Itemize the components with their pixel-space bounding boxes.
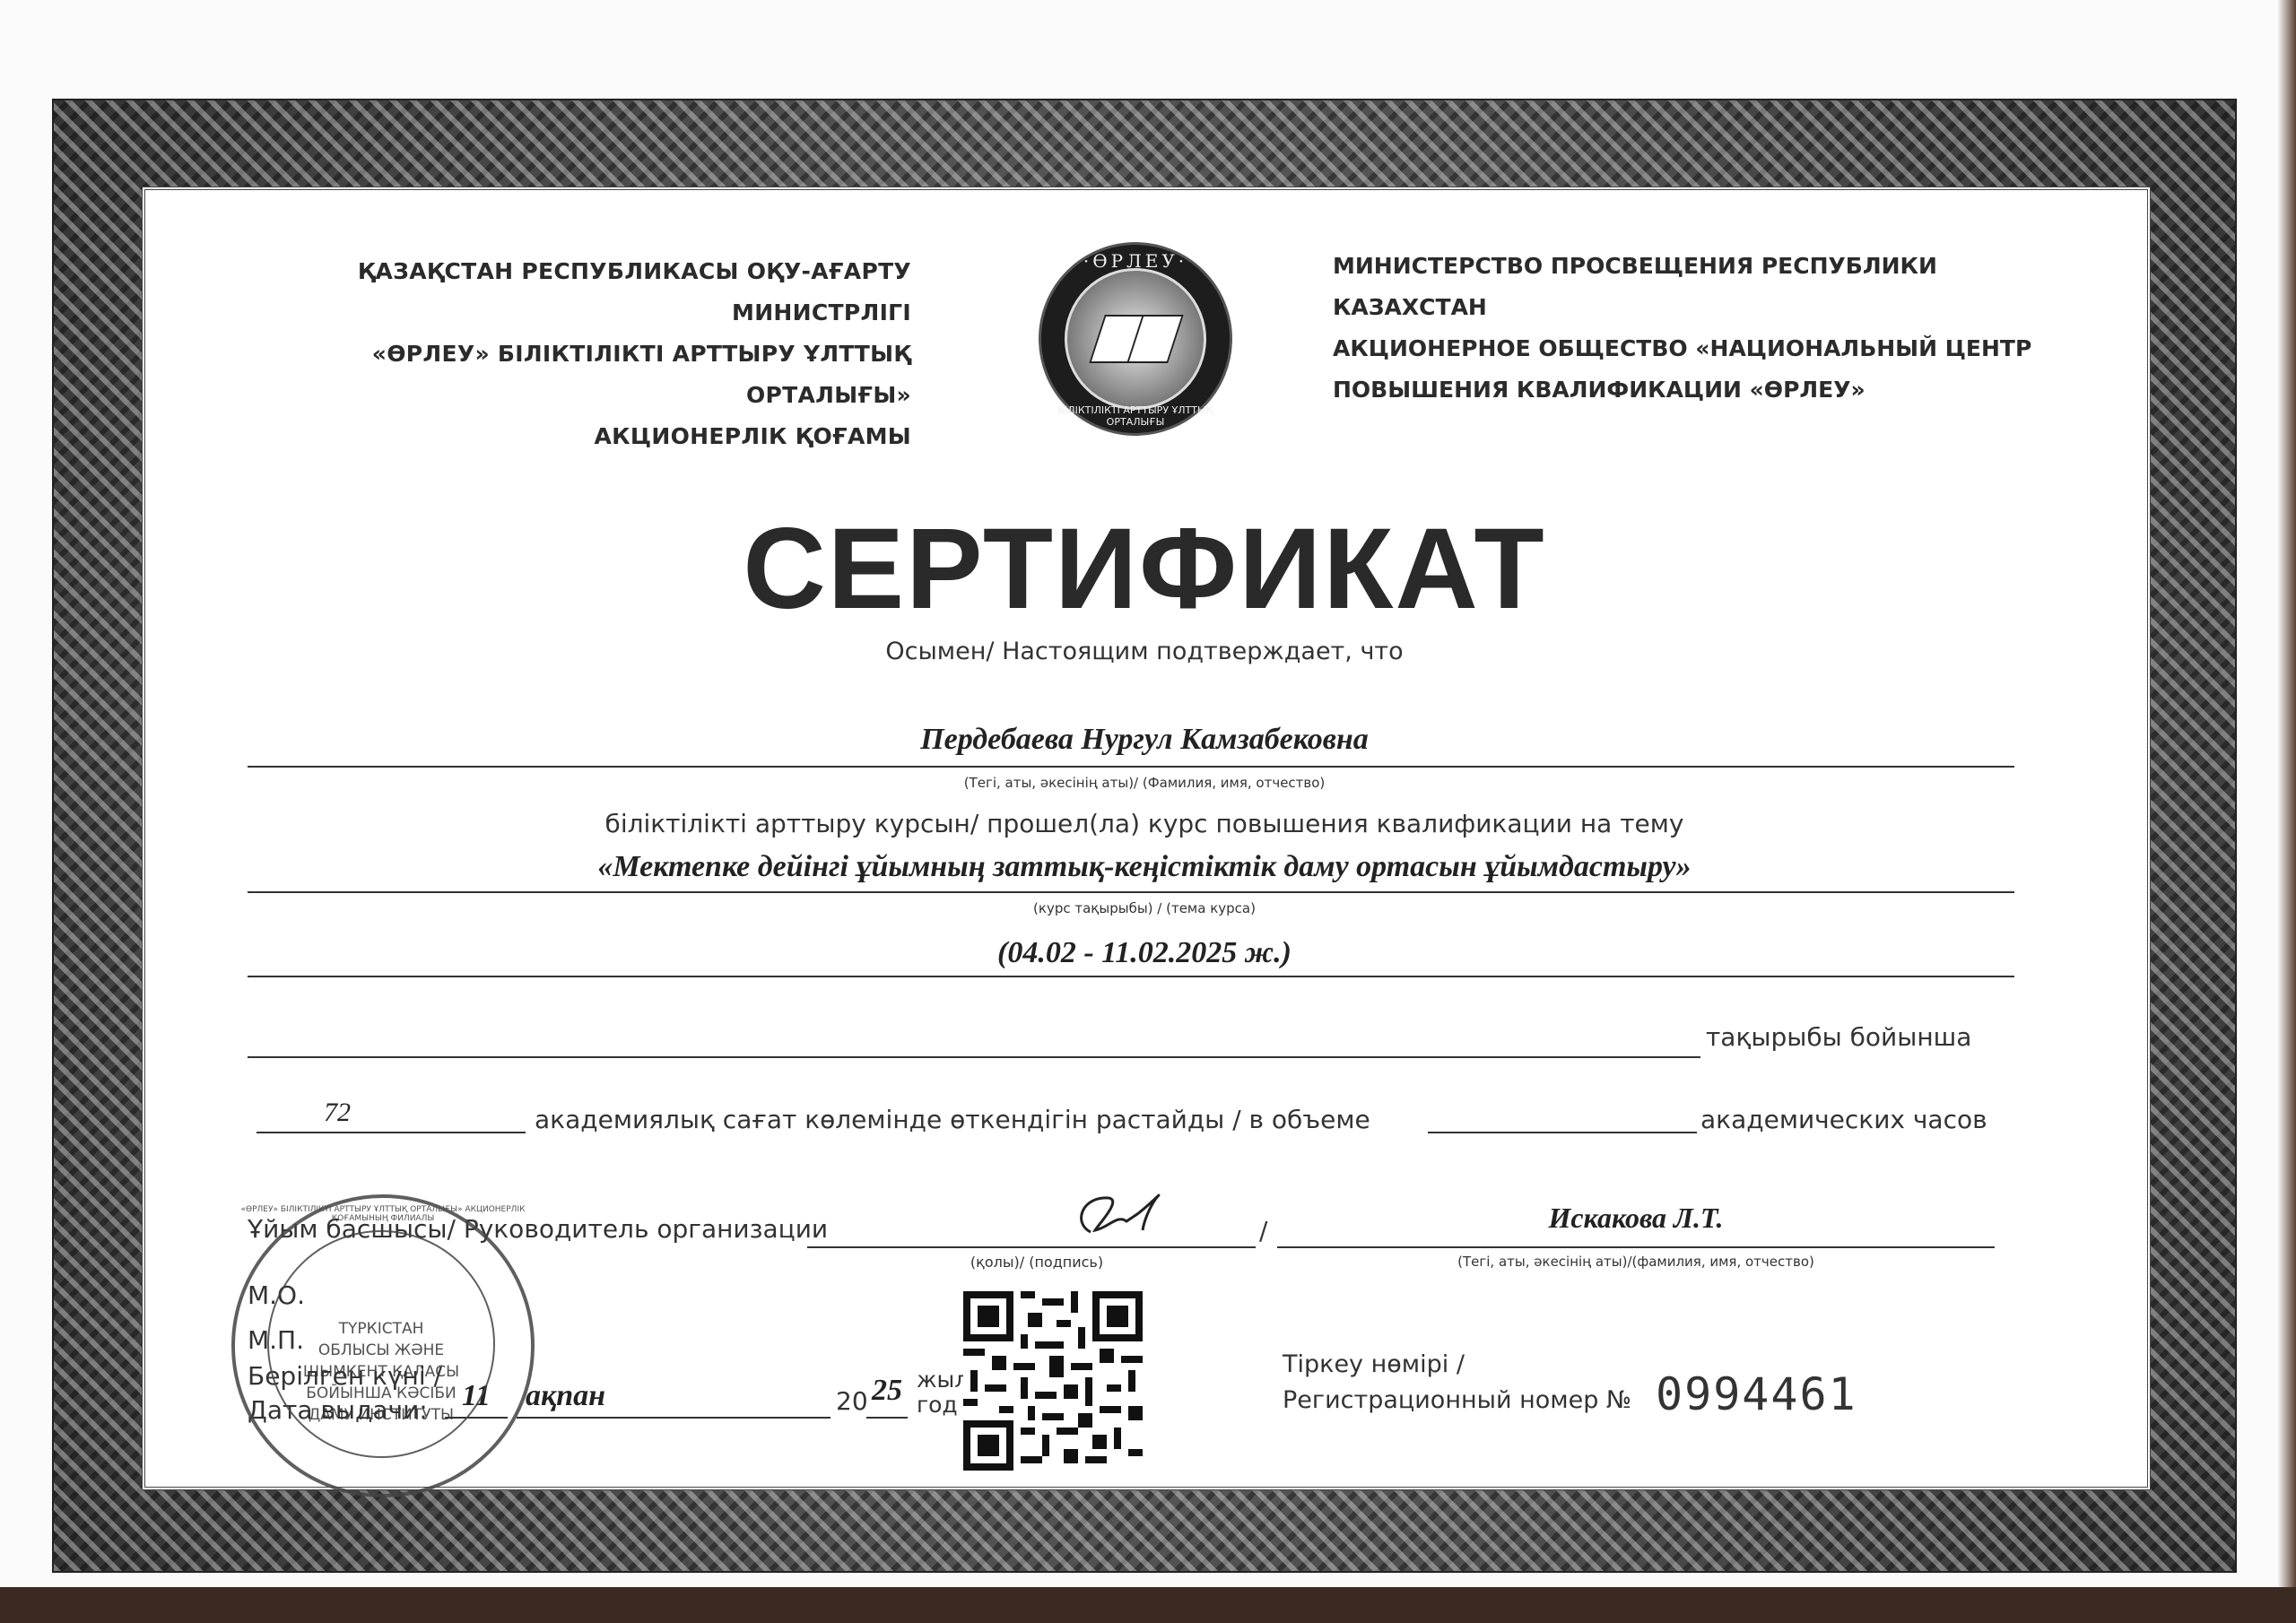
issue-month-line [517, 1417, 831, 1419]
course-topic: «Мектепке дейінгі ұйымның заттық-кеңісті… [149, 850, 2140, 884]
topic-caption: (курс тақырыбы) / (тема курса) [149, 900, 2140, 916]
hours-underline [257, 1132, 526, 1133]
stamp-ring-text: «ӨРЛЕУ» БІЛІКТІЛІКТІ АРТТЫРУ ҰЛТТЫҚ ОРТА… [235, 1205, 531, 1223]
signature-line [807, 1246, 1256, 1248]
issue-century: 20 [836, 1386, 868, 1416]
header-kz-line: ҚАЗАҚСТАН РЕСПУБЛИКАСЫ ОҚУ-АҒАРТУ МИНИСТ… [230, 251, 911, 334]
header-ru-line: МИНИСТЕРСТВО ПРОСВЕЩЕНИЯ РЕСПУБЛИКИ КАЗА… [1333, 246, 2068, 328]
certificate-content: ҚАЗАҚСТАН РЕСПУБЛИКАСЫ ОҚУ-АҒАРТУ МИНИСТ… [149, 194, 2140, 1478]
issue-month: ақпан [526, 1379, 615, 1413]
certificate-title: СЕРТИФИКАТ [149, 503, 2140, 635]
registration-number: 0994461 [1656, 1368, 1857, 1420]
signatory-name-line [1277, 1246, 1995, 1248]
header-kz-line: «ӨРЛЕУ» БІЛІКТІЛІКТІ АРТТЫРУ ҰЛТТЫҚ ОРТА… [230, 334, 911, 416]
stamp-line: ТҮРКІСТАН [287, 1318, 475, 1340]
course-intro: біліктілікті арттыру курсын/ прошел(ла) … [149, 809, 2140, 838]
header-kz-line: АКЦИОНЕРЛІК ҚОҒАМЫ [230, 416, 911, 457]
header-ru-line: ПОВЫШЕНИЯ КВАЛИФИКАЦИИ «ӨРЛЕУ» [1333, 369, 2068, 411]
signatory-name-caption: (Тегі, аты, әкесінің аты)/(фамилия, имя,… [1277, 1254, 1995, 1270]
stamp-center-text: ТҮРКІСТАН ОБЛЫСЫ ЖӘНЕ ШЫМКЕНТ ҚАЛАСЫ БОЙ… [287, 1318, 475, 1426]
issue-year: 25 [866, 1374, 908, 1408]
header-russian: МИНИСТЕРСТВО ПРОСВЕЩЕНИЯ РЕСПУБЛИКИ КАЗА… [1333, 246, 2068, 411]
signature-separator: / [1259, 1216, 1267, 1245]
certificate-subtitle: Осымен/ Настоящим подтверждает, что [149, 638, 2140, 665]
signature-caption: (қолы)/ (подпись) [947, 1254, 1126, 1271]
year-label-ru: год [917, 1392, 958, 1418]
recipient-caption: (Тегі, аты, әкесінің аты)/ (Фамилия, имя… [149, 775, 2140, 791]
open-book-icon [1089, 315, 1184, 363]
topic-suffix: тақырыбы бойынша [1706, 1022, 1971, 1052]
stamp-line: ДАМУ ИНСТИТУТЫ [287, 1404, 475, 1426]
stamp-line: ОБЛЫСЫ ЖӘНЕ [287, 1340, 475, 1361]
header-kazakh: ҚАЗАҚСТАН РЕСПУБЛИКАСЫ ОҚУ-АҒАРТУ МИНИСТ… [230, 251, 911, 457]
orleu-logo: ·ӨРЛЕУ· БІЛІКТІЛІКТІ АРТТЫРУ ҰЛТТЫҚ ОРТА… [1039, 242, 1232, 436]
registration-label-kz: Тіркеу нөмірі / [1283, 1350, 1465, 1378]
logo-ring-text: БІЛІКТІЛІКТІ АРТТЫРУ ҰЛТТЫҚ ОРТАЛЫҒЫ [1041, 404, 1230, 428]
hours-text-kz: академиялық сағат көлемінде өткендігін р… [535, 1105, 1370, 1134]
stamp-line: ШЫМКЕНТ ҚАЛАСЫ [287, 1361, 475, 1383]
stamp-line: БОЙЫНША КӘСІБИ [287, 1383, 475, 1404]
dates-underline [248, 976, 2014, 977]
hours-text-ru: академических часов [1700, 1105, 1987, 1134]
table-surface [0, 1587, 2296, 1623]
hours-value: 72 [257, 1098, 418, 1128]
recipient-name: Пердебаева Нургул Камзабековна [149, 723, 2140, 757]
issue-year-line [866, 1417, 908, 1419]
registration-label-ru: Регистрационный номер № [1283, 1386, 1631, 1414]
stamp-inner-ring: ТҮРКІСТАН ОБЛЫСЫ ЖӘНЕ ШЫМКЕНТ ҚАЛАСЫ БОЙ… [267, 1230, 495, 1458]
table-edge [2278, 0, 2296, 1605]
signatory-name: Искакова Л.Т. [1277, 1202, 1995, 1235]
signature-icon [1073, 1187, 1171, 1241]
course-dates: (04.02 - 11.02.2025 ж.) [149, 936, 2140, 970]
hours-ru-underline [1428, 1132, 1697, 1133]
extra-topic-line [248, 1056, 1700, 1058]
recipient-underline [248, 766, 2014, 768]
topic-underline [248, 891, 2014, 893]
official-stamp: «ӨРЛЕУ» БІЛІКТІЛІКТІ АРТТЫРУ ҰЛТТЫҚ ОРТА… [231, 1194, 535, 1497]
qr-code-icon[interactable] [963, 1291, 1143, 1471]
header-ru-line: АКЦИОНЕРНОЕ ОБЩЕСТВО «НАЦИОНАЛЬНЫЙ ЦЕНТР [1333, 328, 2068, 369]
